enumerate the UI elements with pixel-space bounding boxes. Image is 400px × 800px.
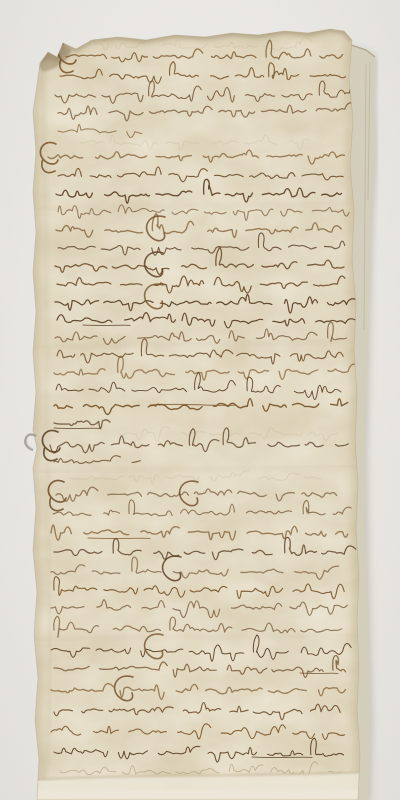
photo-grain-overlay <box>0 0 400 800</box>
manuscript-photo <box>0 0 400 800</box>
photo-background <box>0 0 400 800</box>
